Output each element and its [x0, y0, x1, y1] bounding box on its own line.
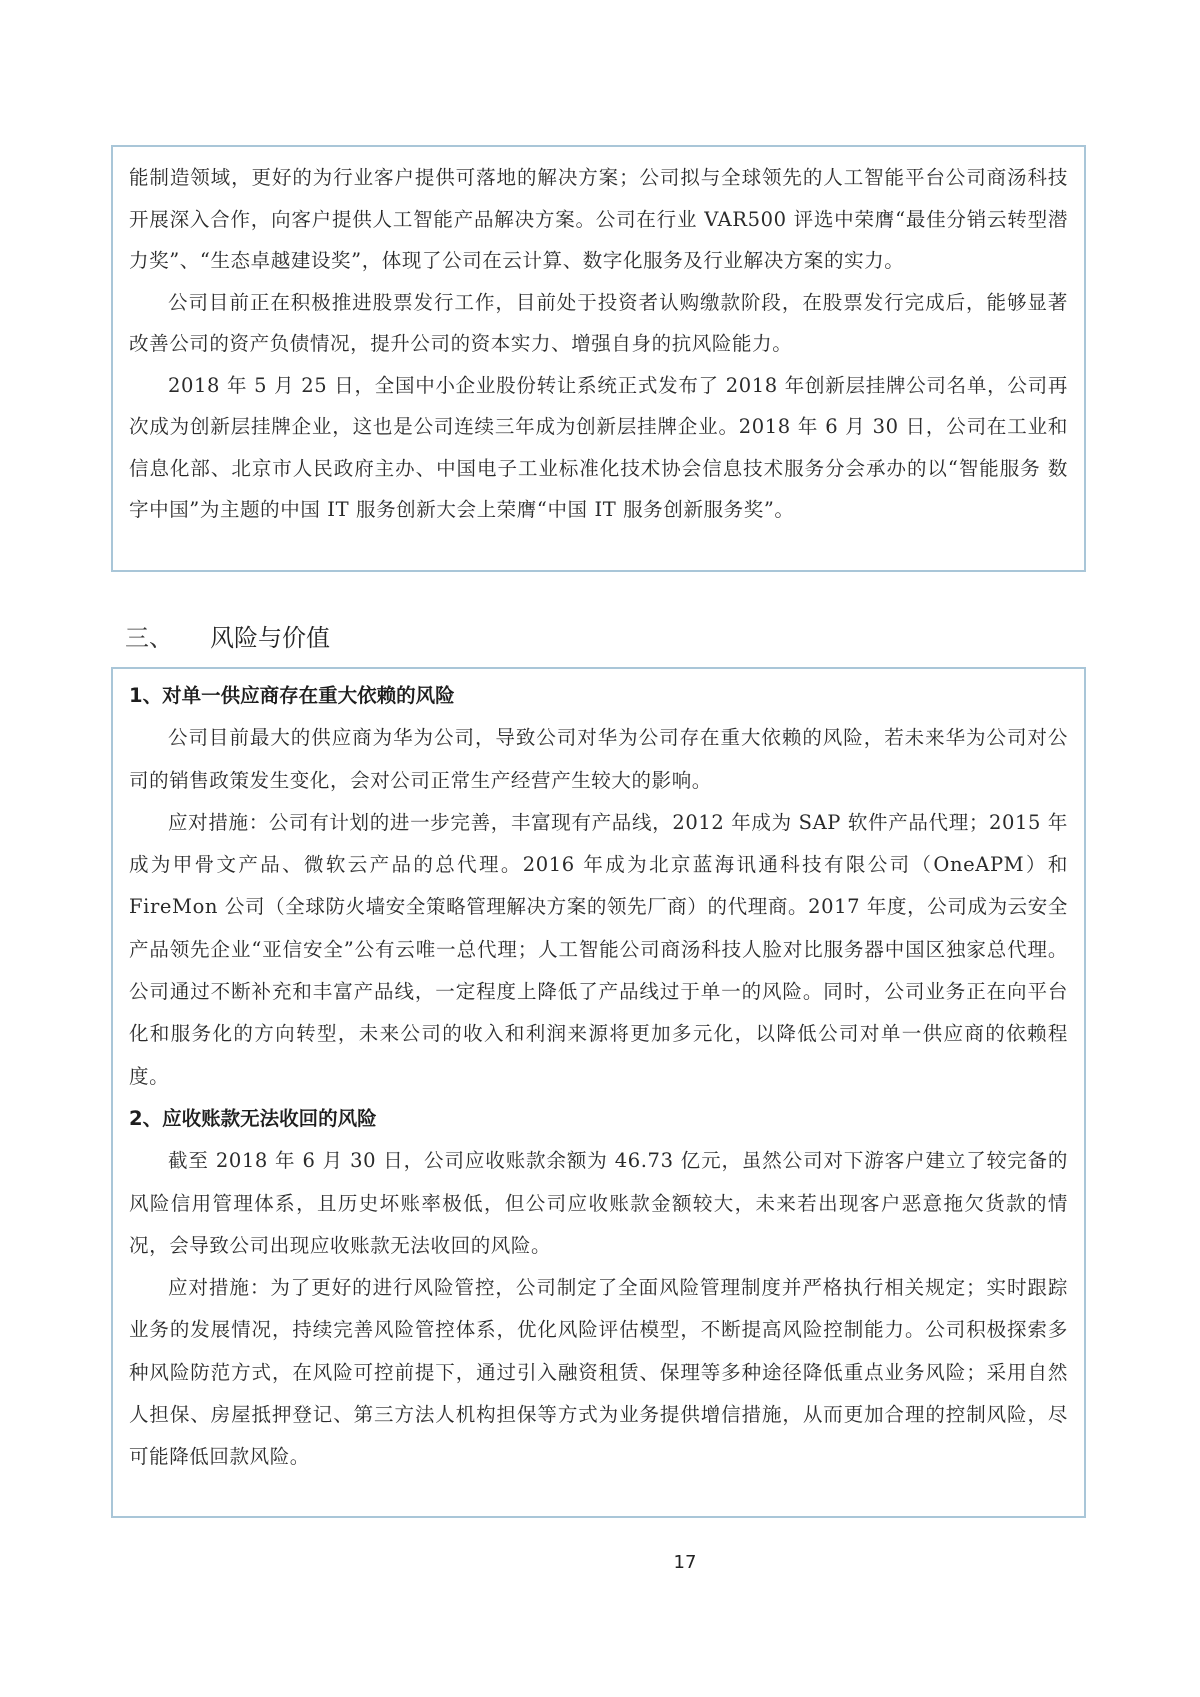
section-number: 三、: [125, 619, 210, 657]
risk-1-heading: 1、对单一供应商存在重大依赖的风险: [129, 675, 1068, 717]
risk-2-heading: 2、应收账款无法收回的风险: [129, 1098, 1068, 1140]
risk-2-paragraph-1: 截至 2018 年 6 月 30 日，公司应收账款余额为 46.73 亿元，虽然…: [129, 1140, 1068, 1267]
page-number: 17: [0, 1552, 1200, 1573]
section-title: 风险与价值: [210, 624, 330, 652]
overview-paragraph-3: 2018 年 5 月 25 日，全国中小企业股份转让系统正式发布了 2018 年…: [129, 365, 1068, 531]
section-heading-risk-and-value: 三、风险与价值: [125, 619, 330, 657]
company-overview-box: 能制造领域，更好的为行业客户提供可落地的解决方案；公司拟与全球领先的人工智能平台…: [111, 145, 1086, 572]
risk-1-paragraph-2: 应对措施：公司有计划的进一步完善，丰富现有产品线，2012 年成为 SAP 软件…: [129, 802, 1068, 1098]
risk-box: 1、对单一供应商存在重大依赖的风险 公司目前最大的供应商为华为公司，导致公司对华…: [111, 667, 1086, 1518]
overview-paragraph-1: 能制造领域，更好的为行业客户提供可落地的解决方案；公司拟与全球领先的人工智能平台…: [129, 157, 1068, 282]
overview-paragraph-2: 公司目前正在积极推进股票发行工作，目前处于投资者认购缴款阶段，在股票发行完成后，…: [129, 282, 1068, 365]
risk-1-paragraph-1: 公司目前最大的供应商为华为公司，导致公司对华为公司存在重大依赖的风险，若未来华为…: [129, 717, 1068, 802]
risk-2-paragraph-2: 应对措施：为了更好的进行风险管控，公司制定了全面风险管理制度并严格执行相关规定；…: [129, 1267, 1068, 1478]
